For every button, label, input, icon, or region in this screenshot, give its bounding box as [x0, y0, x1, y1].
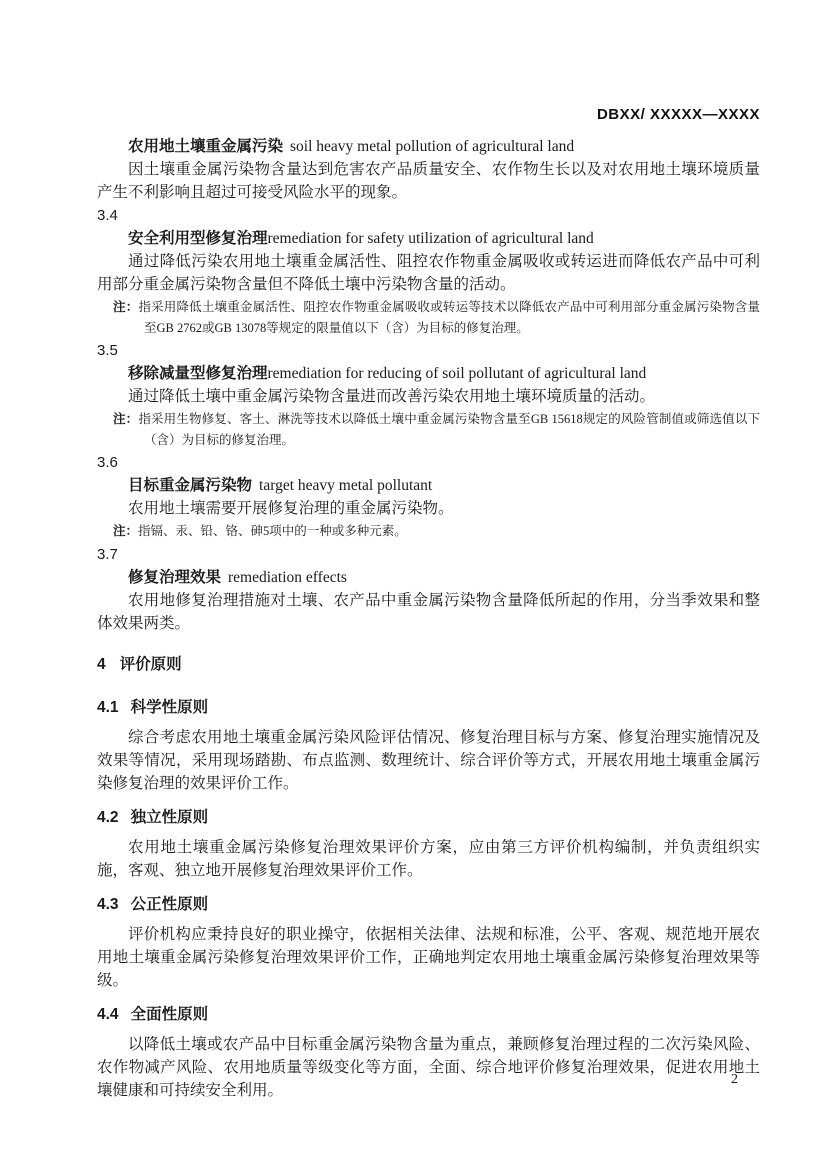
term-number: 3.4 [97, 204, 760, 227]
subsection-title: 独立性原则 [131, 809, 209, 826]
term-block: 3.6 目标重金属污染物target heavy metal pollutant… [97, 451, 760, 542]
term-line: 农用地土壤重金属污染soil heavy metal pollution of … [97, 135, 760, 158]
subsection-number: 4.1 [97, 699, 119, 716]
term-en: remediation for safety utilization of ag… [268, 230, 594, 247]
term-block: 3.5 移除减量型修复治理remediation for reducing of… [97, 339, 760, 450]
subsection-number: 4.3 [97, 896, 119, 913]
subsection-4-3: 4.3公正性原则 评价机构应秉持良好的职业操守，依据相关法律、法规和标准，公平、… [97, 893, 760, 992]
term-block: 3.7 修复治理效果remediation effects 农用地修复治理措施对… [97, 543, 760, 635]
note-label: 注： [113, 524, 138, 538]
term-line: 目标重金属污染物target heavy metal pollutant [97, 474, 760, 497]
subsection-number: 4.2 [97, 809, 119, 826]
term-definition: 农用地修复治理措施对土壤、农产品中重金属污染物含量降低所起的作用，分当季效果和整… [97, 589, 760, 635]
subsection-heading: 4.4全面性原则 [97, 1003, 760, 1026]
subsection-4-1: 4.1科学性原则 综合考虑农用地土壤重金属污染风险评估情况、修复治理目标与方案、… [97, 696, 760, 795]
term-en: target heavy metal pollutant [259, 477, 432, 494]
subsection-heading: 4.3公正性原则 [97, 893, 760, 916]
subsection-body: 农用地土壤重金属污染修复治理效果评价方案，应由第三方评价机构编制，并负责组织实施… [97, 836, 760, 882]
subsection-body: 综合考虑农用地土壤重金属污染风险评估情况、修复治理目标与方案、修复治理实施情况及… [97, 726, 760, 795]
term-zh: 农用地土壤重金属污染 [128, 138, 283, 155]
section-number: 4 [97, 656, 106, 673]
term-block: 农用地土壤重金属污染soil heavy metal pollution of … [97, 135, 760, 204]
term-block: 3.4 安全利用型修复治理remediation for safety util… [97, 204, 760, 338]
term-definition: 农用地土壤需要开展修复治理的重金属污染物。 [97, 497, 760, 520]
note-text: 指镉、汞、铅、铬、砷5项中的一种或多种元素。 [138, 524, 407, 538]
term-en: remediation for reducing of soil polluta… [268, 365, 647, 382]
page-content: 农用地土壤重金属污染soil heavy metal pollution of … [97, 130, 760, 1112]
term-definition: 通过降低土壤中重金属污染物含量进而改善污染农用地土壤环境质量的活动。 [97, 385, 760, 408]
term-zh: 移除减量型修复治理 [128, 365, 268, 382]
subsection-heading: 4.2独立性原则 [97, 806, 760, 829]
term-definition: 通过降低污染农用地土壤重金属活性、阻控农作物重金属吸收或转运进而降低农产品中可利… [97, 250, 760, 296]
term-zh: 目标重金属污染物 [128, 477, 252, 494]
subsection-4-2: 4.2独立性原则 农用地土壤重金属污染修复治理效果评价方案，应由第三方评价机构编… [97, 806, 760, 882]
subsection-number: 4.4 [97, 1006, 119, 1023]
note-label: 注： [113, 300, 138, 314]
note-text: 指采用降低土壤重金属活性、阻控农作物重金属吸收或转运等技术以降低农产品中可利用部… [138, 300, 760, 335]
subsection-heading: 4.1科学性原则 [97, 696, 760, 719]
term-number: 3.7 [97, 543, 760, 566]
document-page: DBXX/ XXXXX—XXXX 农用地土壤重金属污染soil heavy me… [0, 0, 826, 1169]
term-zh: 修复治理效果 [128, 569, 221, 586]
term-number: 3.6 [97, 451, 760, 474]
note-label: 注： [113, 412, 138, 426]
section-title: 评价原则 [120, 656, 182, 673]
term-line: 移除减量型修复治理remediation for reducing of soi… [97, 362, 760, 385]
term-en: soil heavy metal pollution of agricultur… [290, 138, 574, 155]
term-note: 注：指镉、汞、铅、铬、砷5项中的一种或多种元素。 [97, 521, 760, 542]
subsection-body: 以降低土壤或农产品中目标重金属污染物含量为重点，兼顾修复治理过程的二次污染风险、… [97, 1033, 760, 1102]
section-4-heading: 4评价原则 [97, 653, 760, 676]
term-note: 注：指采用降低土壤重金属活性、阻控农作物重金属吸收或转运等技术以降低农产品中可利… [97, 297, 760, 338]
note-text: 指采用生物修复、客土、淋洗等技术以降低土壤中重金属污染物含量至GB 15618规… [138, 412, 760, 447]
doc-code: DBXX/ XXXXX—XXXX [597, 103, 760, 127]
subsection-body: 评价机构应秉持良好的职业操守，依据相关法律、法规和标准，公平、客观、规范地开展农… [97, 923, 760, 992]
term-number: 3.5 [97, 339, 760, 362]
term-definition: 因土壤重金属污染物含量达到危害农产品质量安全、农作物生长以及对农用地土壤环境质量… [97, 158, 760, 204]
subsection-4-4: 4.4全面性原则 以降低土壤或农产品中目标重金属污染物含量为重点，兼顾修复治理过… [97, 1003, 760, 1102]
subsection-title: 全面性原则 [131, 1006, 209, 1023]
term-en: remediation effects [228, 569, 347, 586]
subsection-title: 科学性原则 [131, 699, 209, 716]
term-zh: 安全利用型修复治理 [128, 230, 268, 247]
subsection-title: 公正性原则 [131, 896, 209, 913]
term-note: 注：指采用生物修复、客土、淋洗等技术以降低土壤中重金属污染物含量至GB 1561… [97, 409, 760, 450]
page-number: 2 [731, 1068, 738, 1092]
term-line: 修复治理效果remediation effects [97, 566, 760, 589]
term-line: 安全利用型修复治理remediation for safety utilizat… [97, 227, 760, 250]
